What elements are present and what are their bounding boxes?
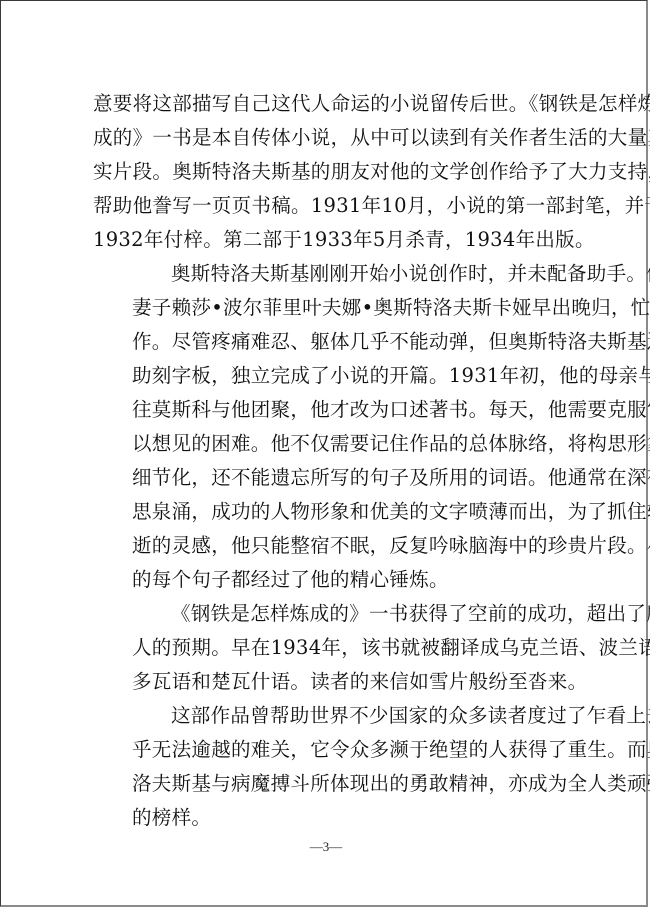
paragraph-4: 这部作品曾帮助世界不少国家的众多读者度过了乍看上去似 乎无法逾越的难关，它令众多…: [93, 699, 563, 835]
body-text: 意要将这部描写自己这代人命运的小说留传后世。《钢铁是怎样炼 成的》一书是本自传体…: [93, 87, 563, 835]
document-page: 意要将这部描写自己这代人命运的小说留传后世。《钢铁是怎样炼 成的》一书是本自传体…: [0, 0, 648, 907]
text-line: 往莫斯科与他团聚，他才改为口述著书。每天，他需要克服常人难: [93, 393, 563, 427]
text-line: 成的》一书是本自传体小说，从中可以读到有关作者生活的大量真: [93, 121, 563, 155]
text-line: 洛夫斯基与病魔搏斗所体现出的勇敢精神，亦成为全人类顽强抗争: [93, 767, 563, 801]
text-line: 妻子赖莎•波尔菲里叶夫娜•奥斯特洛夫斯卡娅早出晚归，忙于工: [93, 291, 563, 325]
text-line: 实片段。奥斯特洛夫斯基的朋友对他的文学创作给予了大力支持，: [93, 155, 563, 189]
text-line: 逝的灵感，他只能整宿不眠，反复吟咏脑海中的珍贵片段。小说中: [93, 529, 563, 563]
text-line: 的榜样。: [93, 801, 563, 835]
text-line: 《钢铁是怎样炼成的》一书获得了空前的成功，超出了所有: [93, 597, 563, 631]
paragraph-3: 《钢铁是怎样炼成的》一书获得了空前的成功，超出了所有 人的预期。早在1934年，…: [93, 597, 563, 699]
paragraph-2: 奥斯特洛夫斯基刚刚开始小说创作时，并未配备助手。他的 妻子赖莎•波尔菲里叶夫娜•…: [93, 257, 563, 597]
text-line: 1932年付梓。第二部于1933年5月杀青，1934年出版。: [93, 223, 563, 257]
text-line: 以想见的困难。他不仅需要记住作品的总体脉络，将构思形象化、: [93, 427, 563, 461]
text-line: 意要将这部描写自己这代人命运的小说留传后世。《钢铁是怎样炼: [93, 87, 563, 121]
text-line: 思泉涌，成功的人物形象和优美的文字喷薄而出，为了抓住转瞬即: [93, 495, 563, 529]
text-line: 助刻字板，独立完成了小说的开篇。1931年初，他的母亲与妹妹前: [93, 359, 563, 393]
text-line: 多瓦语和楚瓦什语。读者的来信如雪片般纷至沓来。: [93, 665, 563, 699]
text-line: 作。尽管疼痛难忍、躯体几乎不能动弹，但奥斯特洛夫斯基还是借: [93, 325, 563, 359]
page-number: —3—: [1, 839, 650, 855]
text-line: 的每个句子都经过了他的精心锤炼。: [93, 563, 563, 597]
text-line: 奥斯特洛夫斯基刚刚开始小说创作时，并未配备助手。他的: [93, 257, 563, 291]
text-line: 帮助他誊写一页页书稿。1931年10月，小说的第一部封笔，并于: [93, 189, 563, 223]
text-line: 人的预期。早在1934年，该书就被翻译成乌克兰语、波兰语、摩尔: [93, 631, 563, 665]
text-line: 细节化，还不能遗忘所写的句子及所用的词语。他通常在深夜里文: [93, 461, 563, 495]
text-line: 这部作品曾帮助世界不少国家的众多读者度过了乍看上去似: [93, 699, 563, 733]
text-line: 乎无法逾越的难关，它令众多濒于绝望的人获得了重生。而奥斯特: [93, 733, 563, 767]
paragraph-1: 意要将这部描写自己这代人命运的小说留传后世。《钢铁是怎样炼 成的》一书是本自传体…: [93, 87, 563, 257]
